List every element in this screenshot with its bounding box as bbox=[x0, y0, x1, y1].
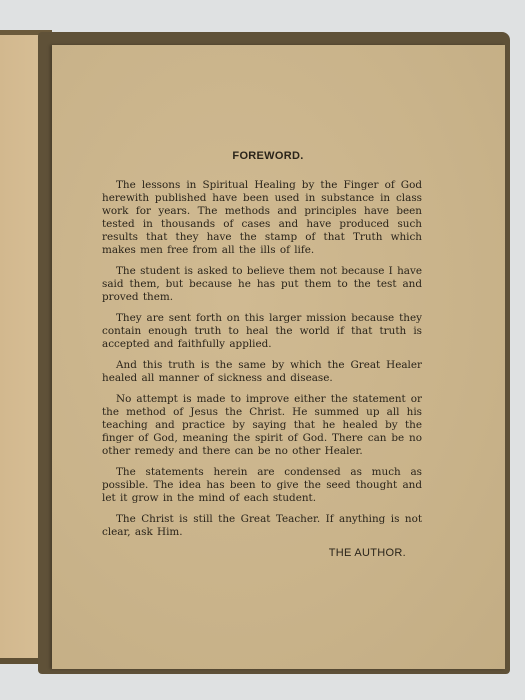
paragraph-1: The lessons in Spiritual Healing by the … bbox=[102, 179, 422, 257]
signature: THE AUTHOR. bbox=[102, 547, 422, 560]
paragraph-3: They are sent forth on this larger missi… bbox=[102, 312, 422, 351]
foreword-text: FOREWORD. The lessons in Spiritual Heali… bbox=[102, 150, 422, 560]
paragraph-4: And this truth is the same by which the … bbox=[102, 359, 422, 385]
paragraph-2: The student is asked to believe them not… bbox=[102, 265, 422, 304]
paragraph-5: No attempt is made to improve either the… bbox=[102, 393, 422, 458]
paragraph-7: The Christ is still the Great Teacher. I… bbox=[102, 513, 422, 539]
paragraph-6: The statements herein are condensed as m… bbox=[102, 466, 422, 505]
page-title: FOREWORD. bbox=[102, 150, 422, 163]
